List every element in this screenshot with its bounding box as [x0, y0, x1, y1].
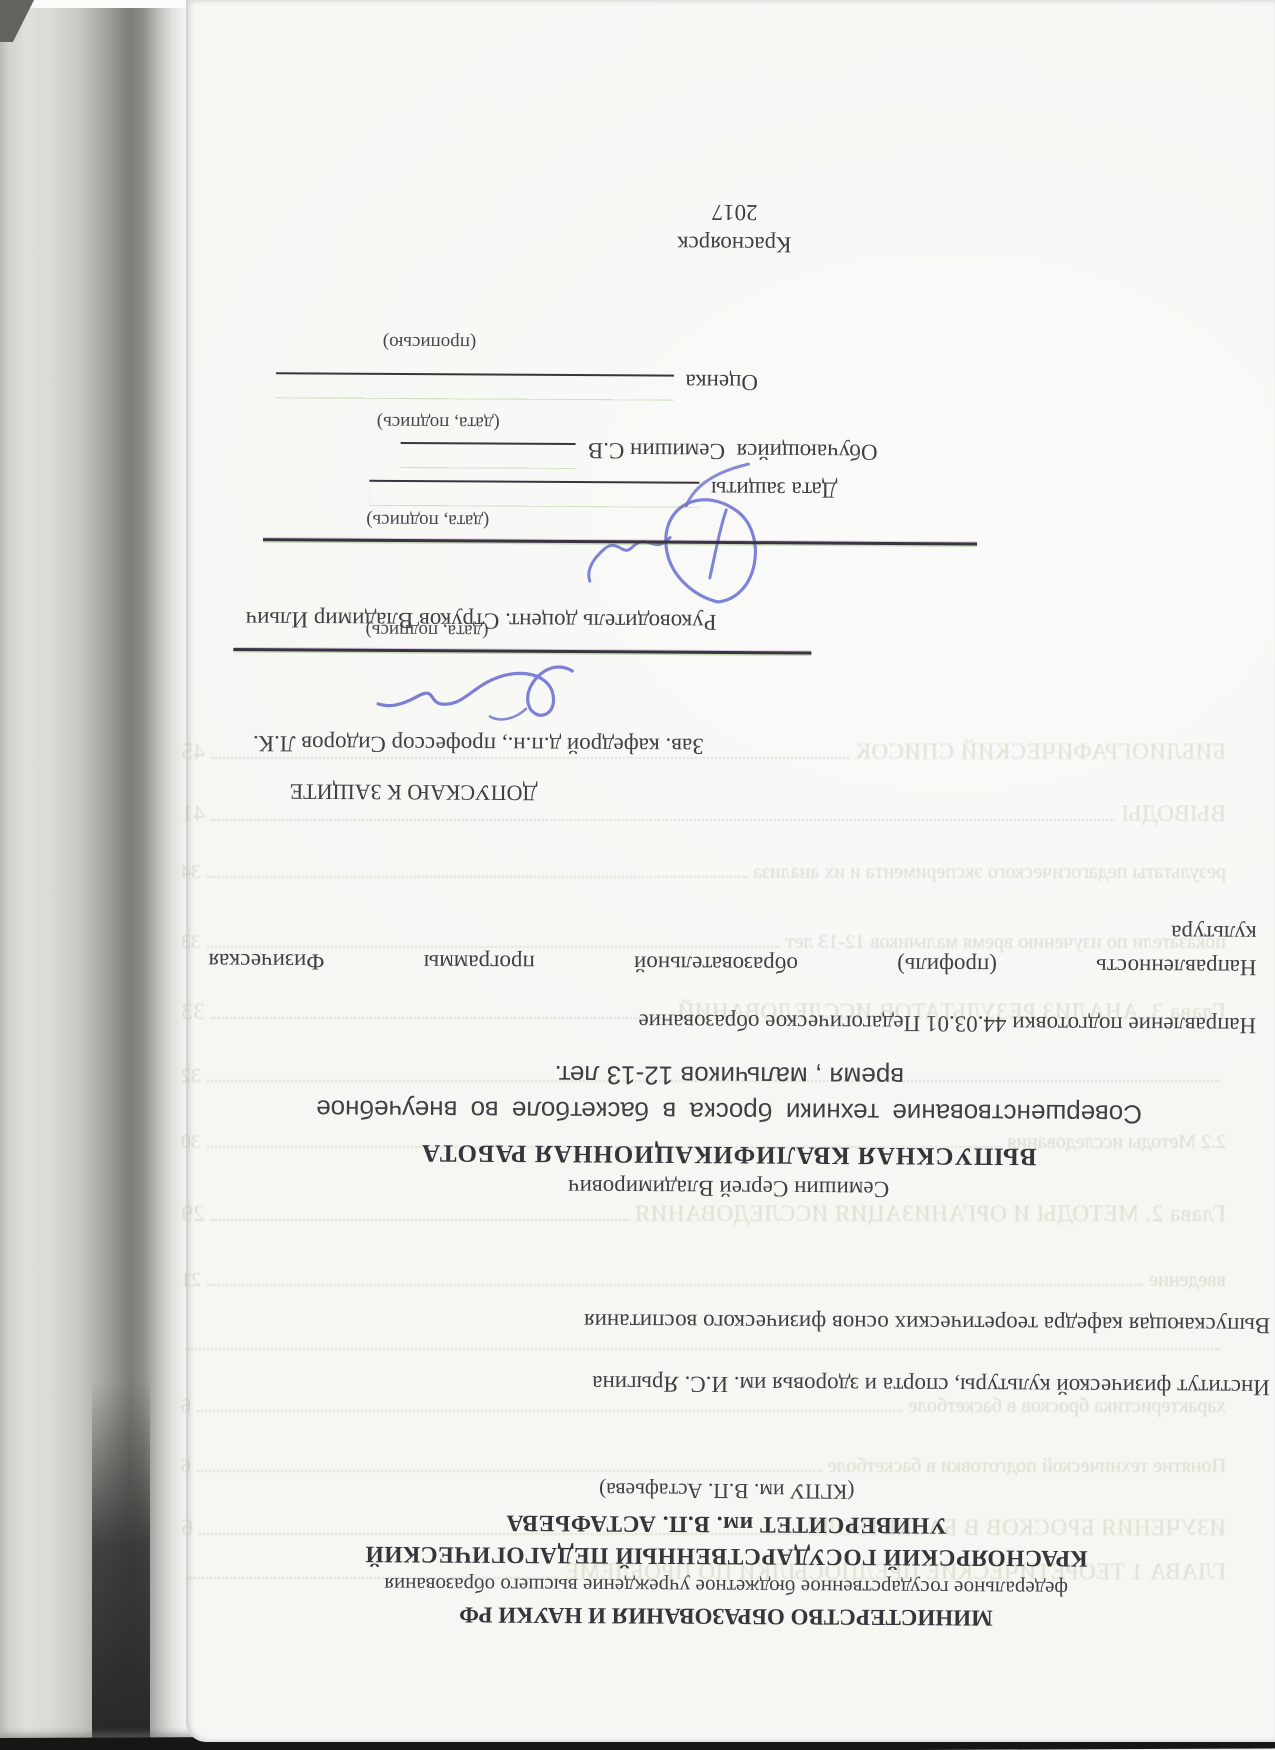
university-abbreviation: (КГПУ им. В.П. Астафьева)	[182, 1474, 1271, 1508]
work-type-heading: ВЫПУСКНАЯ КВАЛИФИКАЦИОННАЯ РАБОТА	[184, 1135, 1273, 1173]
student-name: Семишин С.В	[588, 438, 725, 464]
city-line: Красноярск	[190, 226, 1275, 261]
scanned-title-page: { "scan": { "orientation_note": "page sc…	[0, 0, 1275, 1750]
university-name-line1: КРАСНОЯРСКИЙ ГОСУДАРСТВЕННЫЙ ПЕДАГОГИЧЕС…	[182, 1537, 1271, 1573]
signature-department-head	[371, 640, 587, 749]
year-line: 2017	[190, 194, 1275, 229]
document-content-rotated-180: МИНИСТЕРСТВО ОБРАЗОВАНИЯ И НАУКИ РФ феде…	[181, 0, 1275, 1750]
institute-line: Институт физической культуры, спорта и з…	[592, 1368, 1270, 1401]
author-name: Семишин Сергей Владимирович	[184, 1170, 1273, 1205]
defense-date-blank	[369, 480, 699, 507]
grade-caption: (прописью)	[383, 330, 477, 354]
thesis-title-line2: время , мальчиков 12-13 лет.	[185, 1056, 1274, 1095]
sign-caption-2: (дата, подпись)	[366, 508, 489, 533]
defense-date-row: Дата защиты	[369, 472, 838, 508]
sign-caption-3: (дата, подпись)	[377, 410, 500, 435]
student-sign-blank	[401, 442, 576, 468]
program-direction-line: Направление подготовки 44.03.01 Педагоги…	[638, 1007, 1256, 1040]
program-profile-line2: культура	[1171, 918, 1257, 947]
student-label: Обучающийся	[736, 439, 877, 465]
university-name-line2: УНИВЕРСИТЕТ им. В.П. АСТАФЬЕВА	[182, 1505, 1271, 1541]
student-row: Обучающийся Семишин С.В	[401, 434, 878, 470]
grade-label: Оценка	[685, 370, 758, 395]
grade-blank	[275, 372, 673, 399]
admission-heading: ДОПУСКАЮ К ЗАЩИТЕ	[290, 778, 538, 807]
ministry-heading: МИНИСТЕРСТВО ОБРАЗОВАНИЯ И НАУКИ РФ	[181, 1598, 1270, 1633]
program-profile-line1: Направленность (профиль) образовательной…	[208, 946, 1256, 981]
thesis-title-line1: Совершенствование техники броска в баске…	[184, 1092, 1273, 1131]
defense-date-label: Дата защиты	[711, 477, 838, 503]
scanner-edge-shadow	[92, 1380, 150, 1750]
grade-row: Оценка	[275, 364, 758, 400]
department-line: Выпускающая кафедра теоретических основ …	[584, 1306, 1270, 1339]
